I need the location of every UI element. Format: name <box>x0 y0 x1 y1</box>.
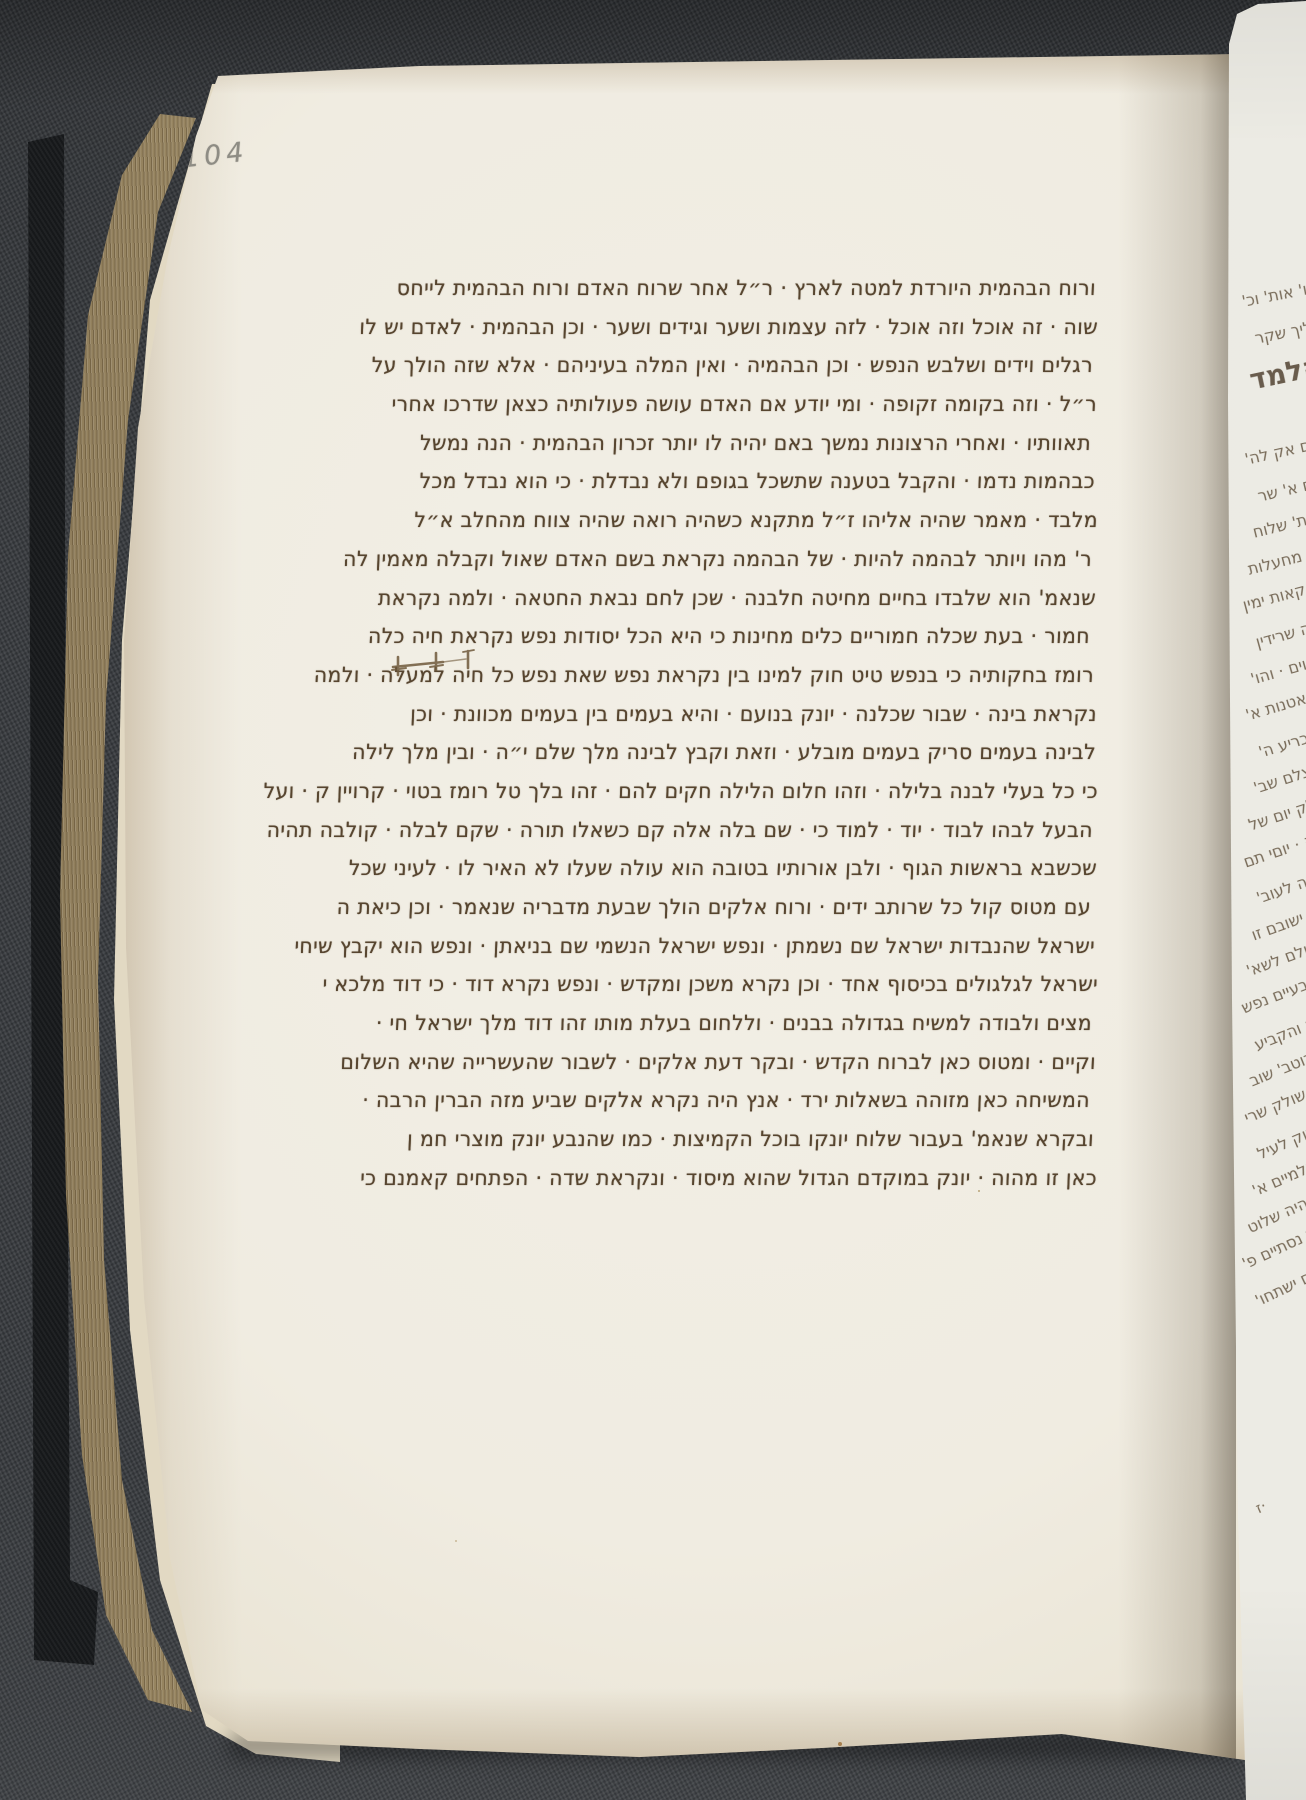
paper-speck <box>978 1190 980 1192</box>
facing-page-line-fragment: אם סבלם א' שר <box>1256 461 1306 505</box>
margin-correction-mark <box>388 640 484 684</box>
manuscript-line: ורוח הבהמית היורדת למטה לארץ · ר״ל אחר ש… <box>418 269 1097 308</box>
facing-page-text: רה סבתו' אות' וכ'י שיעבדו אליך שקרבר הלמ… <box>1238 292 1306 1312</box>
manuscript-line: ר' מהו ויותר לבהמה להיות · של הבהמה נקרא… <box>418 540 1093 579</box>
manuscript-line: כי כל בעלי לבנה בלילה · וזהו חלום הלילה … <box>418 772 1099 811</box>
manuscript-line: רומז בחקותיה כי בנפש טיט חוק למינו בין נ… <box>418 656 1095 695</box>
manuscript-line: ישראל שהנבדות ישראל שם נשמתן · ונפש ישרא… <box>418 927 1096 966</box>
manuscript-line: הבעל לבהו לבוד · יוד · למוד כי · שם בלה … <box>418 811 1094 850</box>
manuscript-line: רגלים וידים ושלבש הנפש · וכן הבהמיה · וא… <box>418 346 1094 385</box>
manuscript-line: לבינה בעמים סריק בעמים מובלע · וזאת וקבץ… <box>418 733 1097 772</box>
manuscript-line: כאן זו מהוה · יונק במוקדם הגדול שהוא מיס… <box>418 1159 1098 1198</box>
text-block: ורוח הבהמית היורדת למטה לארץ · ר״ל אחר ש… <box>398 269 1098 1198</box>
manuscript-line: חמור · בעת שכלה חמוריים כלים מחינות כי ה… <box>418 617 1091 656</box>
manuscript-line: עם מטוס קול כל שרותב ידים · ורוח אלקים ה… <box>418 888 1092 927</box>
facing-page-heading: בר הלמד <box>1247 340 1306 397</box>
manuscript-line: כבהמות נדמו · והקבל בטענה שתשכל בגופם ול… <box>418 462 1096 501</box>
facing-page-line-fragment: י שיעבדו אליך שקר <box>1253 303 1306 348</box>
manuscript-line: שוה · זה אוכל וזה אוכל · לזה עצמות ושער … <box>418 308 1099 347</box>
manuscript-photo: 104 ורוח הבהמית היורדת למטה לארץ · ר״ל א… <box>0 0 1306 1800</box>
paper-speck <box>838 1742 842 1746</box>
paper-speck <box>455 1540 457 1542</box>
facing-page-line-fragment: רה סבתו' אות' וכ' <box>1240 269 1306 311</box>
manuscript-line: מלבד · מאמר שהיה אליהו ז״ל מתקנא כשהיה ר… <box>418 501 1099 540</box>
manuscript-line: המשיחה כאן מזוהה בשאלות ירד · אנץ היה נק… <box>418 1081 1091 1120</box>
manuscript-line: ר״ל · וזה בקומה זקופה · ומי יודע אם האדם… <box>418 385 1098 424</box>
manuscript-line: מצים ולבודה למשיח בגדולה בבנים · וללחום … <box>418 1004 1093 1043</box>
facing-page-lower-mark: ז· <box>1253 1497 1269 1518</box>
manuscript-line: שכשבא בראשות הגוף · ולבן אורותיו בטובה ה… <box>418 849 1098 888</box>
facing-page-line-fragment: היובטואים אק לה' <box>1243 423 1306 469</box>
manuscript-line: שנאמ' הוא שלבדו בחיים מחיטה חלבנה · שכן … <box>418 579 1097 618</box>
manuscript-page: 104 ורוח הבהמית היורדת למטה לארץ · ר״ל א… <box>0 0 1306 1800</box>
manuscript-line: ובקרא שנאמ' בעבור שלוח יונקו בוכל הקמיצו… <box>418 1120 1095 1159</box>
manuscript-line: וקיים · ומטוס כאן לברוח הקדש · ובקר דעת … <box>418 1043 1097 1082</box>
gutter-shadow <box>1118 40 1236 1800</box>
manuscript-line: נקראת בינה · שבור שכלנה · יונק בנועם · ו… <box>418 695 1098 734</box>
manuscript-line: ישראל לגלגולים בכיסוף אחד · וכן נקרא משכ… <box>418 965 1099 1004</box>
manuscript-line: תאוותיו · ואחרי הרצונות נמשך באם יהיה לו… <box>418 424 1092 463</box>
